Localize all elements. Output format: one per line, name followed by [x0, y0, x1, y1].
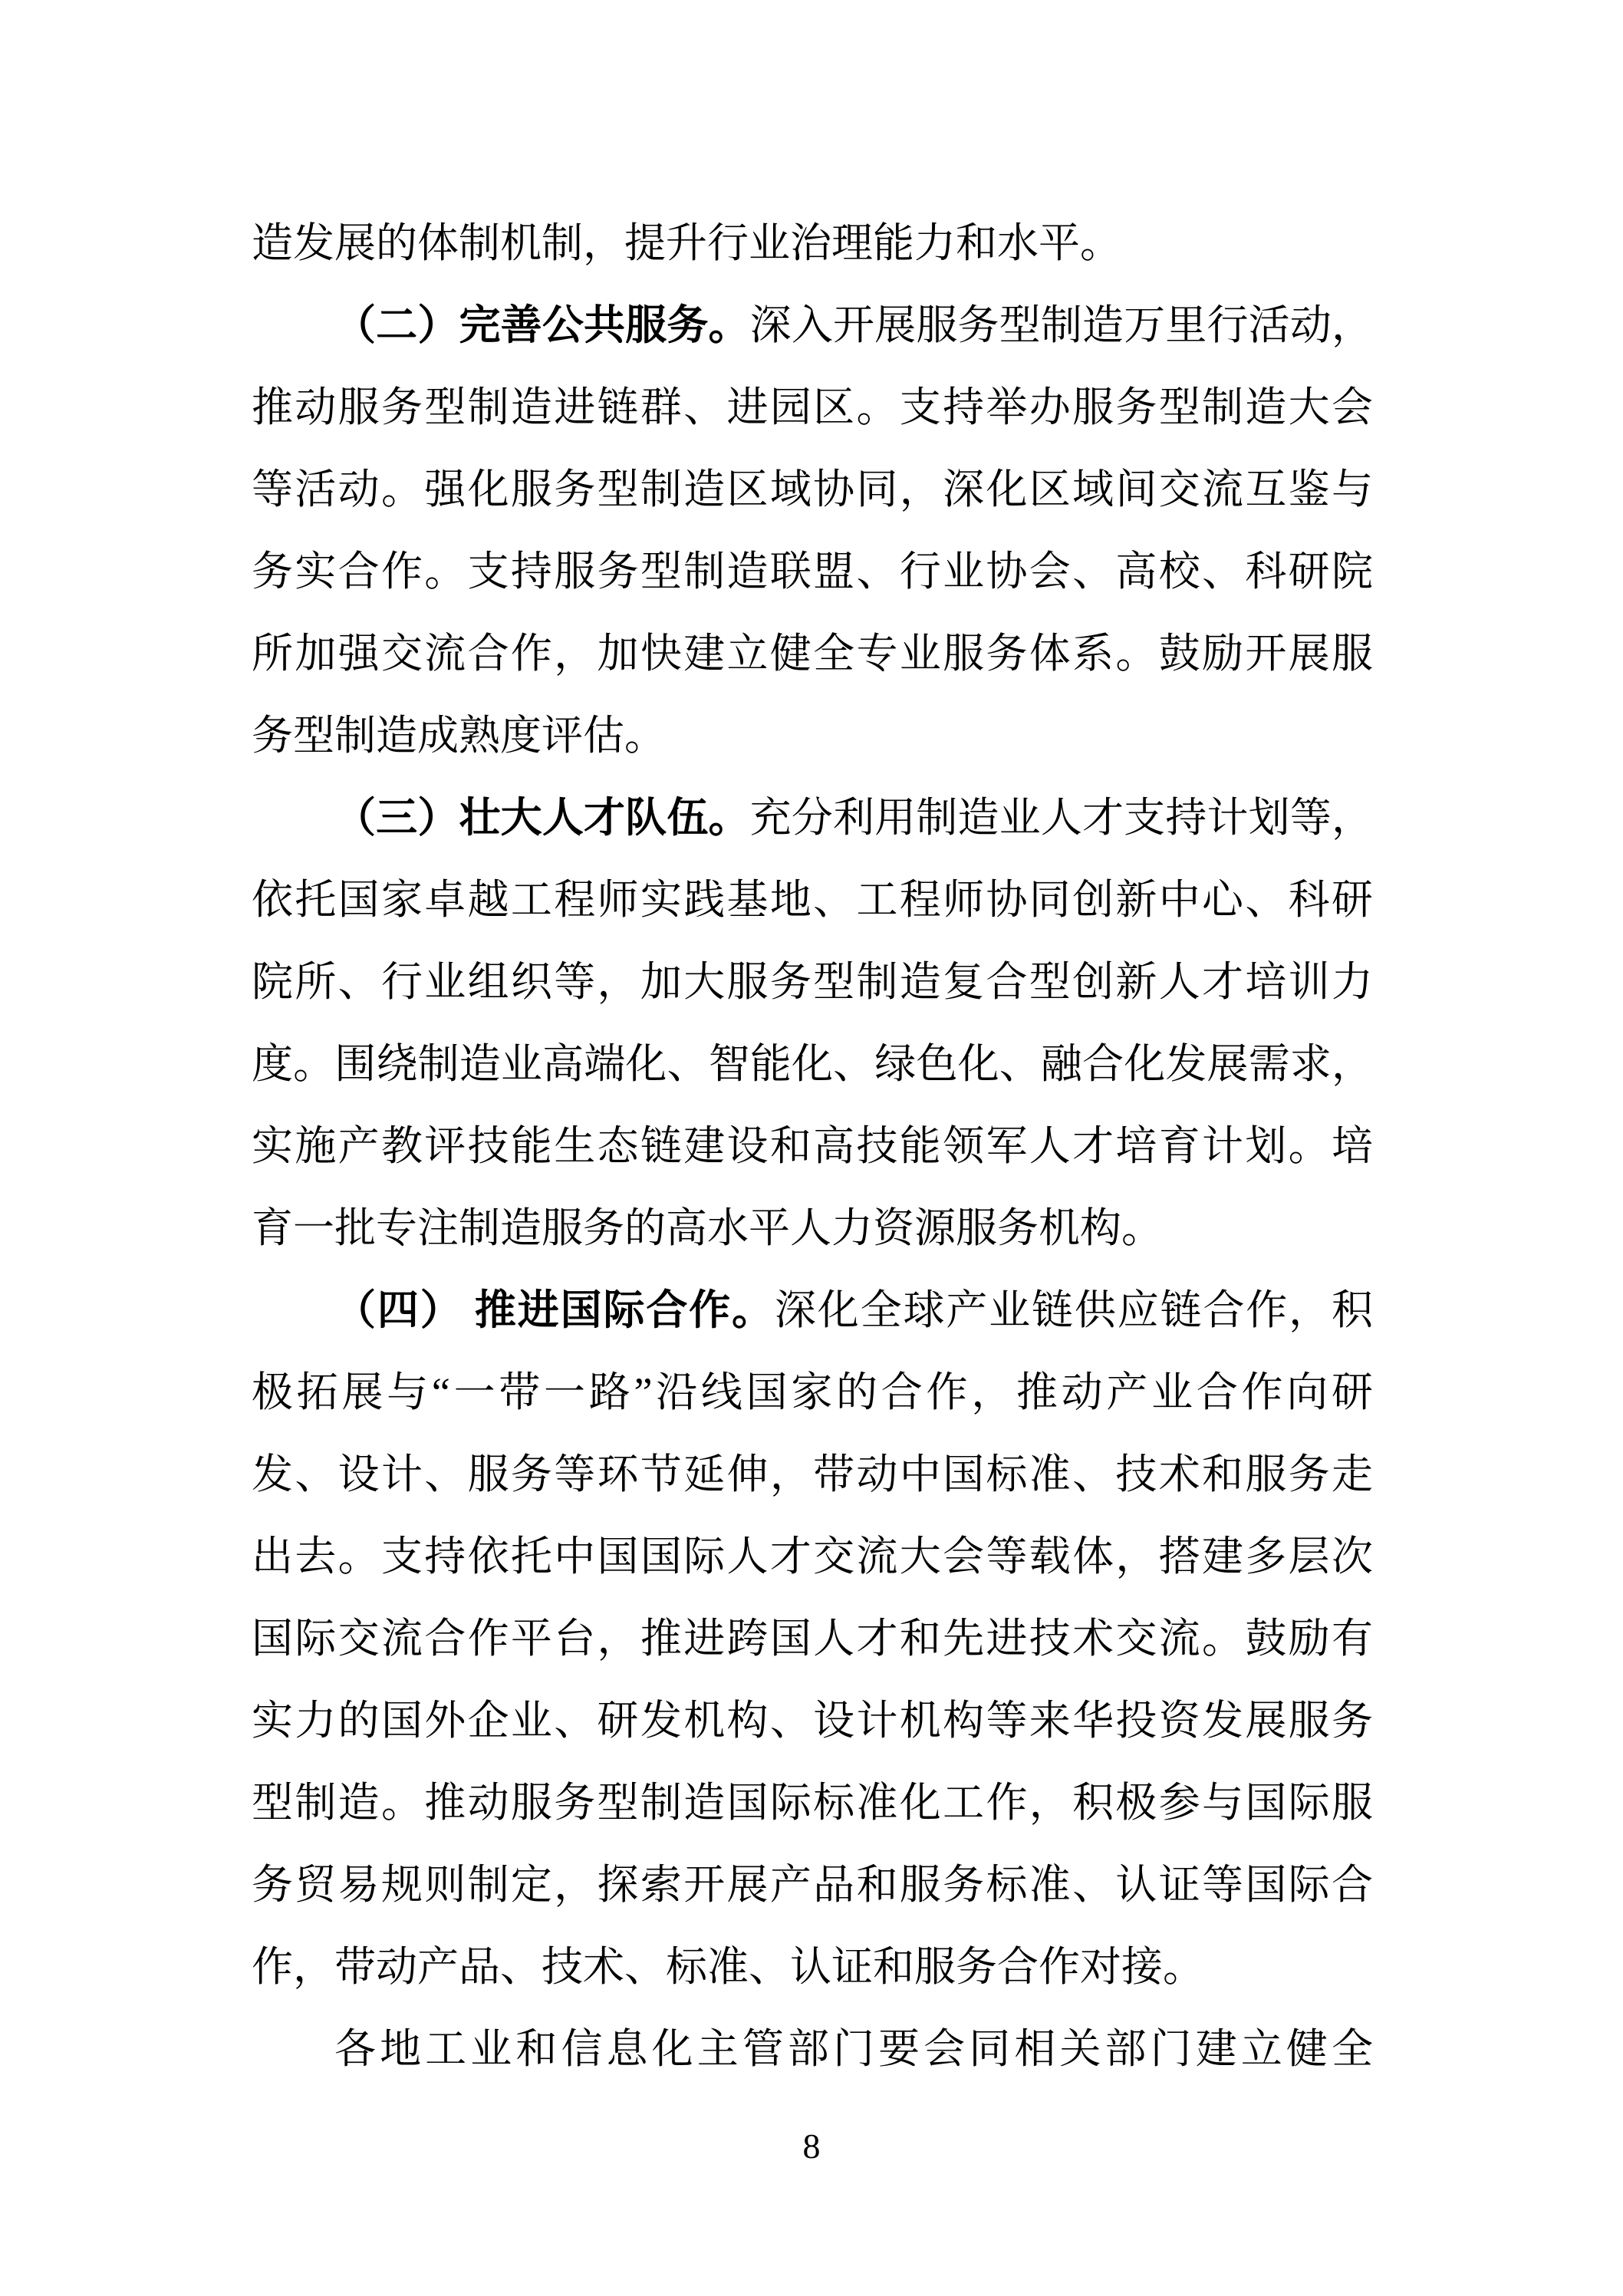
paragraph-line: 务贸易规则制定，探索开展产品和服务标准、认证等国际合	[252, 1844, 1373, 1926]
paragraph-first-line: （四） 推进国际合作。深化全球产业链供应链合作，积	[252, 1270, 1373, 1352]
document-page: 造发展的体制机制，提升行业治理能力和水平。（二）完善公共服务。深入开展服务型制造…	[0, 0, 1623, 2296]
paragraph-line: 依托国家卓越工程师实践基地、工程师协同创新中心、科研	[252, 859, 1373, 941]
paragraph-line: 造发展的体制机制，提升行业治理能力和水平。	[252, 203, 1373, 285]
paragraph-line: 国际交流合作平台，推进跨国人才和先进技术交流。鼓励有	[252, 1598, 1373, 1680]
paragraph-line: 推动服务型制造进链群、进园区。支持举办服务型制造大会	[252, 367, 1373, 449]
paragraph-line: 各地工业和信息化主管部门要会同相关部门建立健全	[252, 2008, 1373, 2090]
paragraph-first-line: （二）完善公共服务。深入开展服务型制造万里行活动，	[252, 285, 1373, 367]
paragraph-line: 等活动。强化服务型制造区域协同，深化区域间交流互鉴与	[252, 449, 1373, 531]
paragraph-line: 所加强交流合作，加快建立健全专业服务体系。鼓励开展服	[252, 613, 1373, 695]
paragraph-line: 发、设计、服务等环节延伸，带动中国标准、技术和服务走	[252, 1434, 1373, 1516]
paragraph-line: 务实合作。支持服务型制造联盟、行业协会、高校、科研院	[252, 531, 1373, 613]
page-number: 8	[0, 2123, 1623, 2169]
section-heading: （四） 推进国际合作。	[334, 1287, 775, 1333]
section-heading: （二）完善公共服务。	[334, 302, 750, 348]
section-heading: （三）壮大人才队伍。	[334, 795, 750, 841]
document-text-block: 造发展的体制机制，提升行业治理能力和水平。（二）完善公共服务。深入开展服务型制造…	[252, 203, 1373, 2090]
paragraph-first-line: （三）壮大人才队伍。充分利用制造业人才支持计划等，	[252, 777, 1373, 859]
paragraph-line: 作，带动产品、技术、标准、认证和服务合作对接。	[252, 1926, 1373, 2008]
paragraph-line: 实力的国外企业、研发机构、设计机构等来华投资发展服务	[252, 1680, 1373, 1762]
paragraph-line: 出去。支持依托中国国际人才交流大会等载体，搭建多层次	[252, 1516, 1373, 1598]
paragraph-line: 型制造。推动服务型制造国际标准化工作，积极参与国际服	[252, 1762, 1373, 1844]
paragraph-line: 极拓展与“一带一路”沿线国家的合作，推动产业合作向研	[252, 1352, 1373, 1434]
paragraph-line: 务型制造成熟度评估。	[252, 695, 1373, 777]
paragraph-line: 育一批专注制造服务的高水平人力资源服务机构。	[252, 1188, 1373, 1270]
paragraph-line: 度。围绕制造业高端化、智能化、绿色化、融合化发展需求，	[252, 1023, 1373, 1105]
paragraph-line: 院所、行业组织等，加大服务型制造复合型创新人才培训力	[252, 941, 1373, 1023]
paragraph-line: 实施产教评技能生态链建设和高技能领军人才培育计划。培	[252, 1105, 1373, 1188]
